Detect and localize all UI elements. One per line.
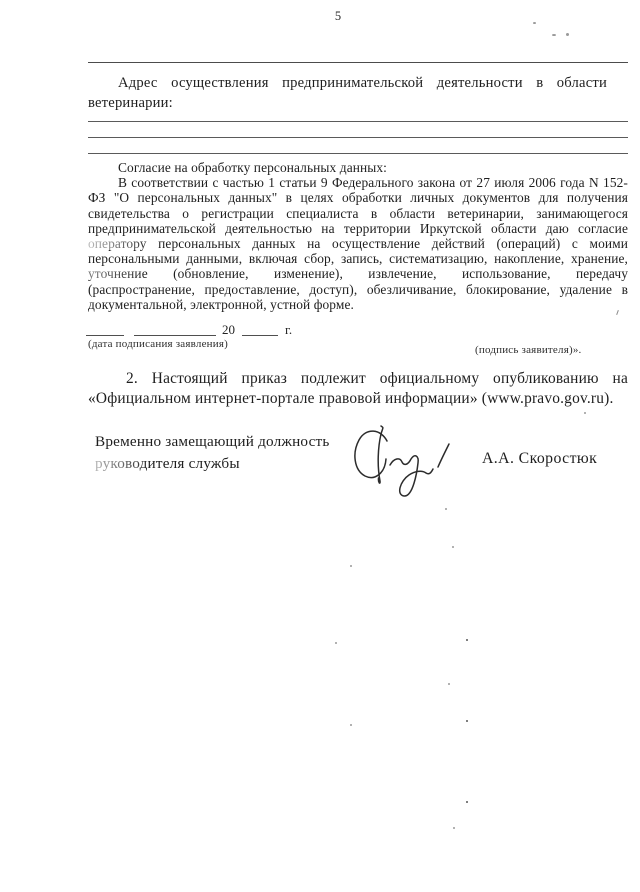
separator-line bbox=[88, 62, 628, 63]
date-blank-short bbox=[86, 335, 124, 336]
scan-speck bbox=[335, 642, 337, 644]
consent-line: предпринимательской деятельностью на тер… bbox=[88, 221, 628, 236]
consent-paragraph: Согласие на обработку персональных данны… bbox=[88, 160, 628, 312]
consent-line: документальной, электронной, устной форм… bbox=[88, 297, 628, 312]
address-paragraph: Адрес осуществления предпринимательской … bbox=[88, 73, 607, 113]
position-title-line: Временно замещающий должность bbox=[95, 431, 375, 453]
consent-line: уточнение (обновление, изменение), извле… bbox=[88, 266, 628, 281]
scan-speck bbox=[584, 412, 586, 414]
publication-line: 2. Настоящий приказ подлежит официальном… bbox=[88, 369, 628, 389]
address-line: ветеринарии: bbox=[88, 93, 607, 113]
date-blank-long bbox=[134, 335, 216, 336]
scan-speck bbox=[445, 508, 447, 510]
handwritten-signature-icon bbox=[345, 413, 465, 508]
scan-speck bbox=[466, 801, 468, 803]
scan-speck bbox=[616, 310, 619, 315]
signature-caption: (подпись заявителя)». bbox=[475, 344, 581, 356]
blank-fill-line bbox=[88, 121, 628, 122]
consent-line: персональными данными, включая сбор, зап… bbox=[88, 251, 628, 266]
scan-speck bbox=[350, 565, 352, 567]
scan-speck bbox=[448, 683, 450, 685]
scan-speck bbox=[453, 827, 455, 829]
blank-fill-line bbox=[88, 153, 628, 154]
consent-line: Согласие на обработку персональных данны… bbox=[88, 160, 628, 175]
signer-name: А.А. Скоростюк bbox=[482, 450, 597, 468]
consent-line: свидетельства о регистрации специалиста … bbox=[88, 206, 628, 221]
scan-speck bbox=[466, 639, 468, 641]
scan-speck bbox=[552, 34, 556, 36]
scan-speck bbox=[533, 22, 536, 24]
address-line: Адрес осуществления предпринимательской … bbox=[88, 73, 607, 93]
scan-speck bbox=[566, 33, 569, 36]
year-prefix: 20 bbox=[222, 322, 235, 338]
page-number: 5 bbox=[326, 9, 350, 24]
consent-line: оператору персональных данных на осущест… bbox=[88, 236, 628, 251]
blank-fill-line bbox=[88, 137, 628, 138]
year-blank bbox=[242, 335, 278, 336]
consent-line: ФЗ "О персональных данных" в целях обраб… bbox=[88, 190, 628, 205]
consent-line: В соответствии с частью 1 статьи 9 Федер… bbox=[88, 175, 628, 190]
scan-speck bbox=[466, 720, 468, 722]
scan-speck bbox=[452, 546, 454, 548]
publication-line: «Официальном интернет-портале правовой и… bbox=[88, 389, 628, 409]
scan-speck bbox=[350, 724, 352, 726]
publication-paragraph: 2. Настоящий приказ подлежит официальном… bbox=[88, 369, 628, 409]
year-suffix: г. bbox=[285, 322, 292, 338]
signature-block: Временно замещающий должность руководите… bbox=[95, 431, 375, 474]
position-title-line: руководителя службы bbox=[95, 453, 375, 475]
scanned-document-page: 5 Адрес осуществления предпринимательско… bbox=[0, 0, 640, 892]
date-caption: (дата подписания заявления) bbox=[88, 338, 228, 350]
consent-line: (распространение, предоставление, доступ… bbox=[88, 282, 628, 297]
